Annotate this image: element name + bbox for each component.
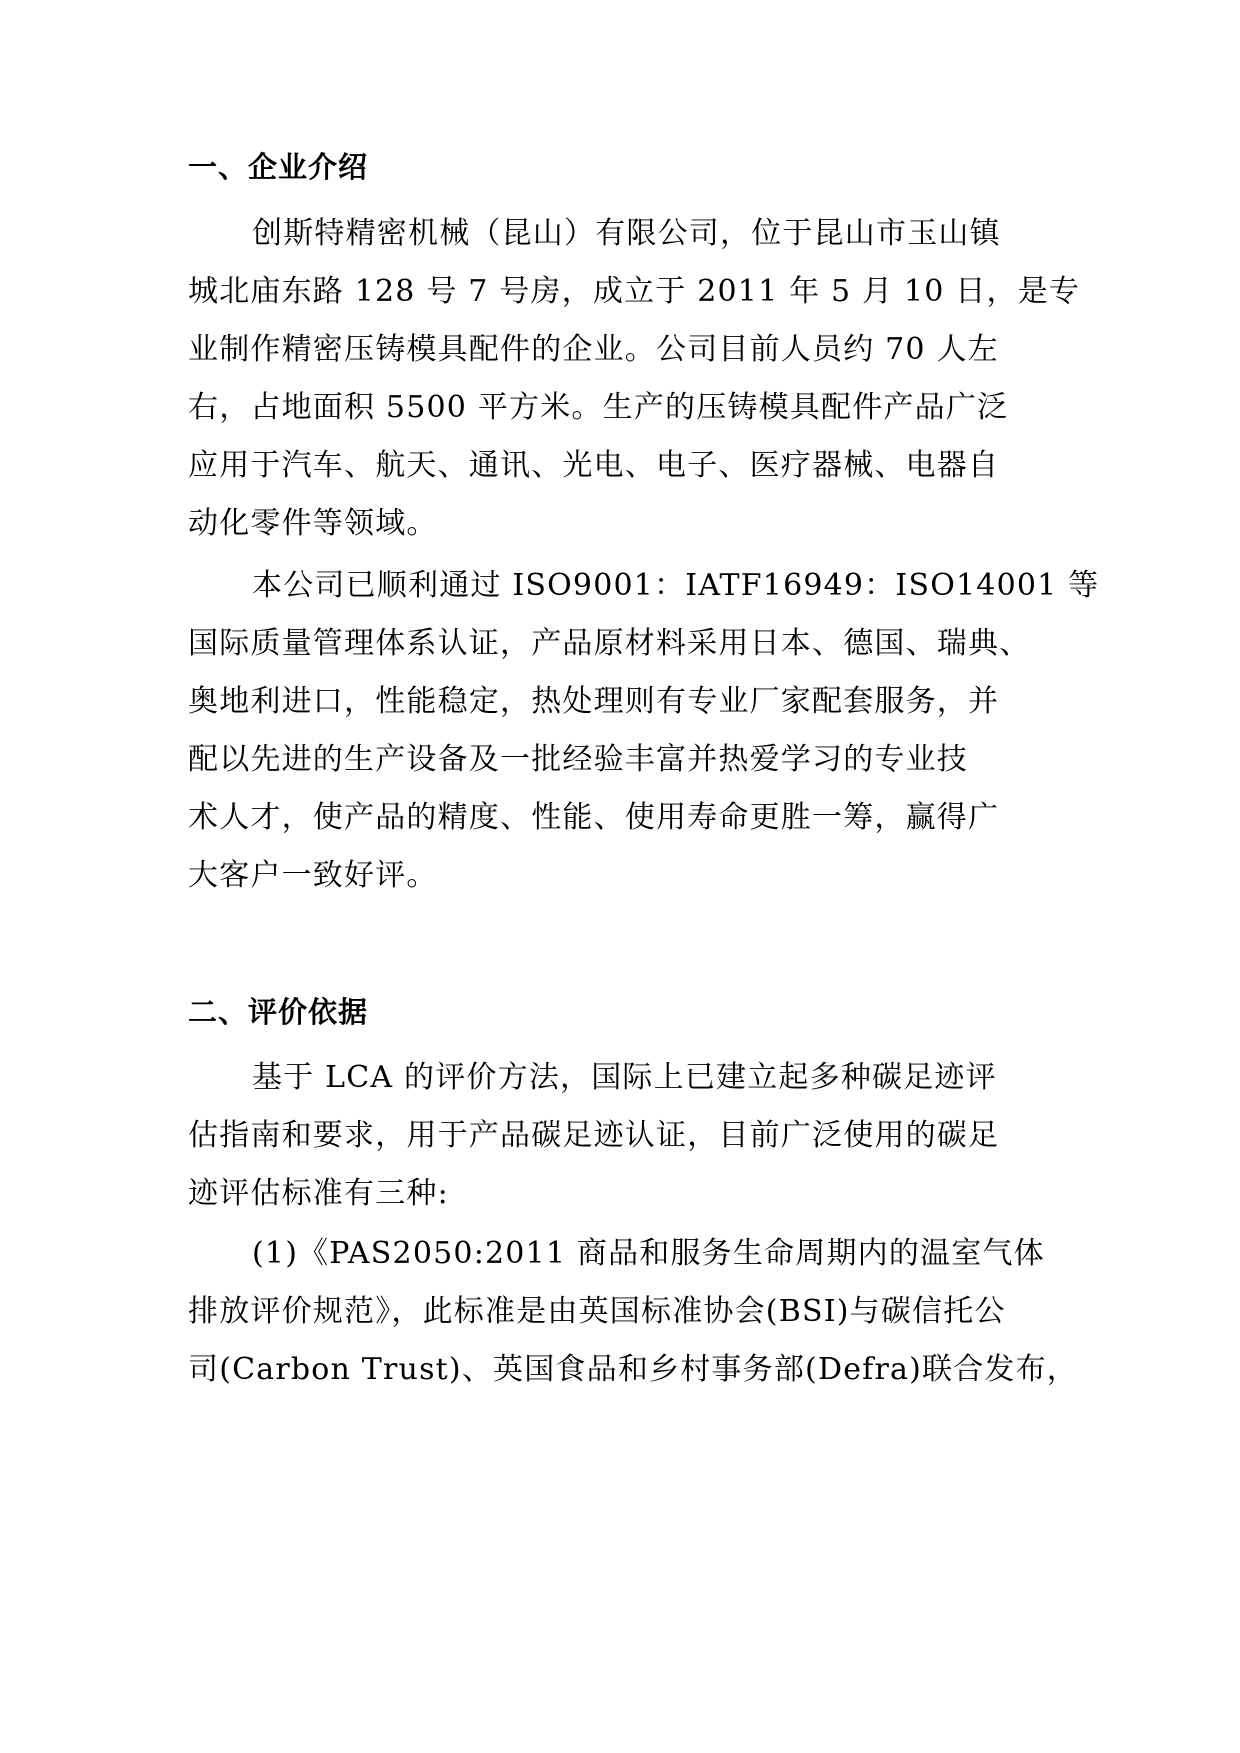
paragraph-line: 司(Carbon Trust)、英国食品和乡村事务部(Defra)联合发布， [188,1344,1078,1388]
paragraph-line: 应用于汽车、航天、通讯、光电、电子、医疗器械、电器自 [188,440,999,484]
paragraph-line: 创斯特精密机械（昆山）有限公司，位于昆山市玉山镇 [252,208,1001,252]
paragraph-line: 术人才，使产品的精度、性能、使用寿命更胜一筹，赢得广 [188,792,999,836]
paragraph-line: 基于 LCA 的评价方法，国际上已建立起多种碳足迹评 [252,1052,997,1096]
paragraph-line: 估指南和要求，用于产品碳足迹认证，目前广泛使用的碳足 [188,1110,999,1154]
paragraph-line: 排放评价规范》，此标准是由英国标准协会(BSI)与碳信托公 [188,1286,1006,1330]
paragraph-line: 城北庙东路 128 号 7 号房，成立于 2011 年 5 月 10 日，是专 [188,266,1080,310]
section-heading-company-intro: 一、企业介绍 [188,145,368,186]
paragraph-line: 右，占地面积 5500 平方米。生产的压铸模具配件产品广泛 [188,382,1008,426]
paragraph-line: 迹评估标准有三种: [188,1168,449,1212]
paragraph-line: 大客户一致好评。 [188,850,438,894]
paragraph-line: 动化零件等领域。 [188,498,438,542]
section-heading-evaluation-basis: 二、评价依据 [188,990,368,1031]
paragraph-line: 国际质量管理体系认证，产品原材料采用日本、德国、瑞典、 [188,618,1030,662]
paragraph-line: 配以先进的生产设备及一批经验丰富并热爱学习的专业技 [188,734,968,778]
paragraph-line: 奥地利进口，性能稳定，热处理则有专业厂家配套服务，并 [188,676,999,720]
paragraph-line: 业制作精密压铸模具配件的企业。公司目前人员约 70 人左 [188,324,999,368]
paragraph-line: (1)《PAS2050:2011 商品和服务生命周期内的温室气体 [252,1228,1045,1272]
paragraph-line: 本公司已顺利通过 ISO9001：IATF16949：ISO14001 等 [252,560,1099,604]
